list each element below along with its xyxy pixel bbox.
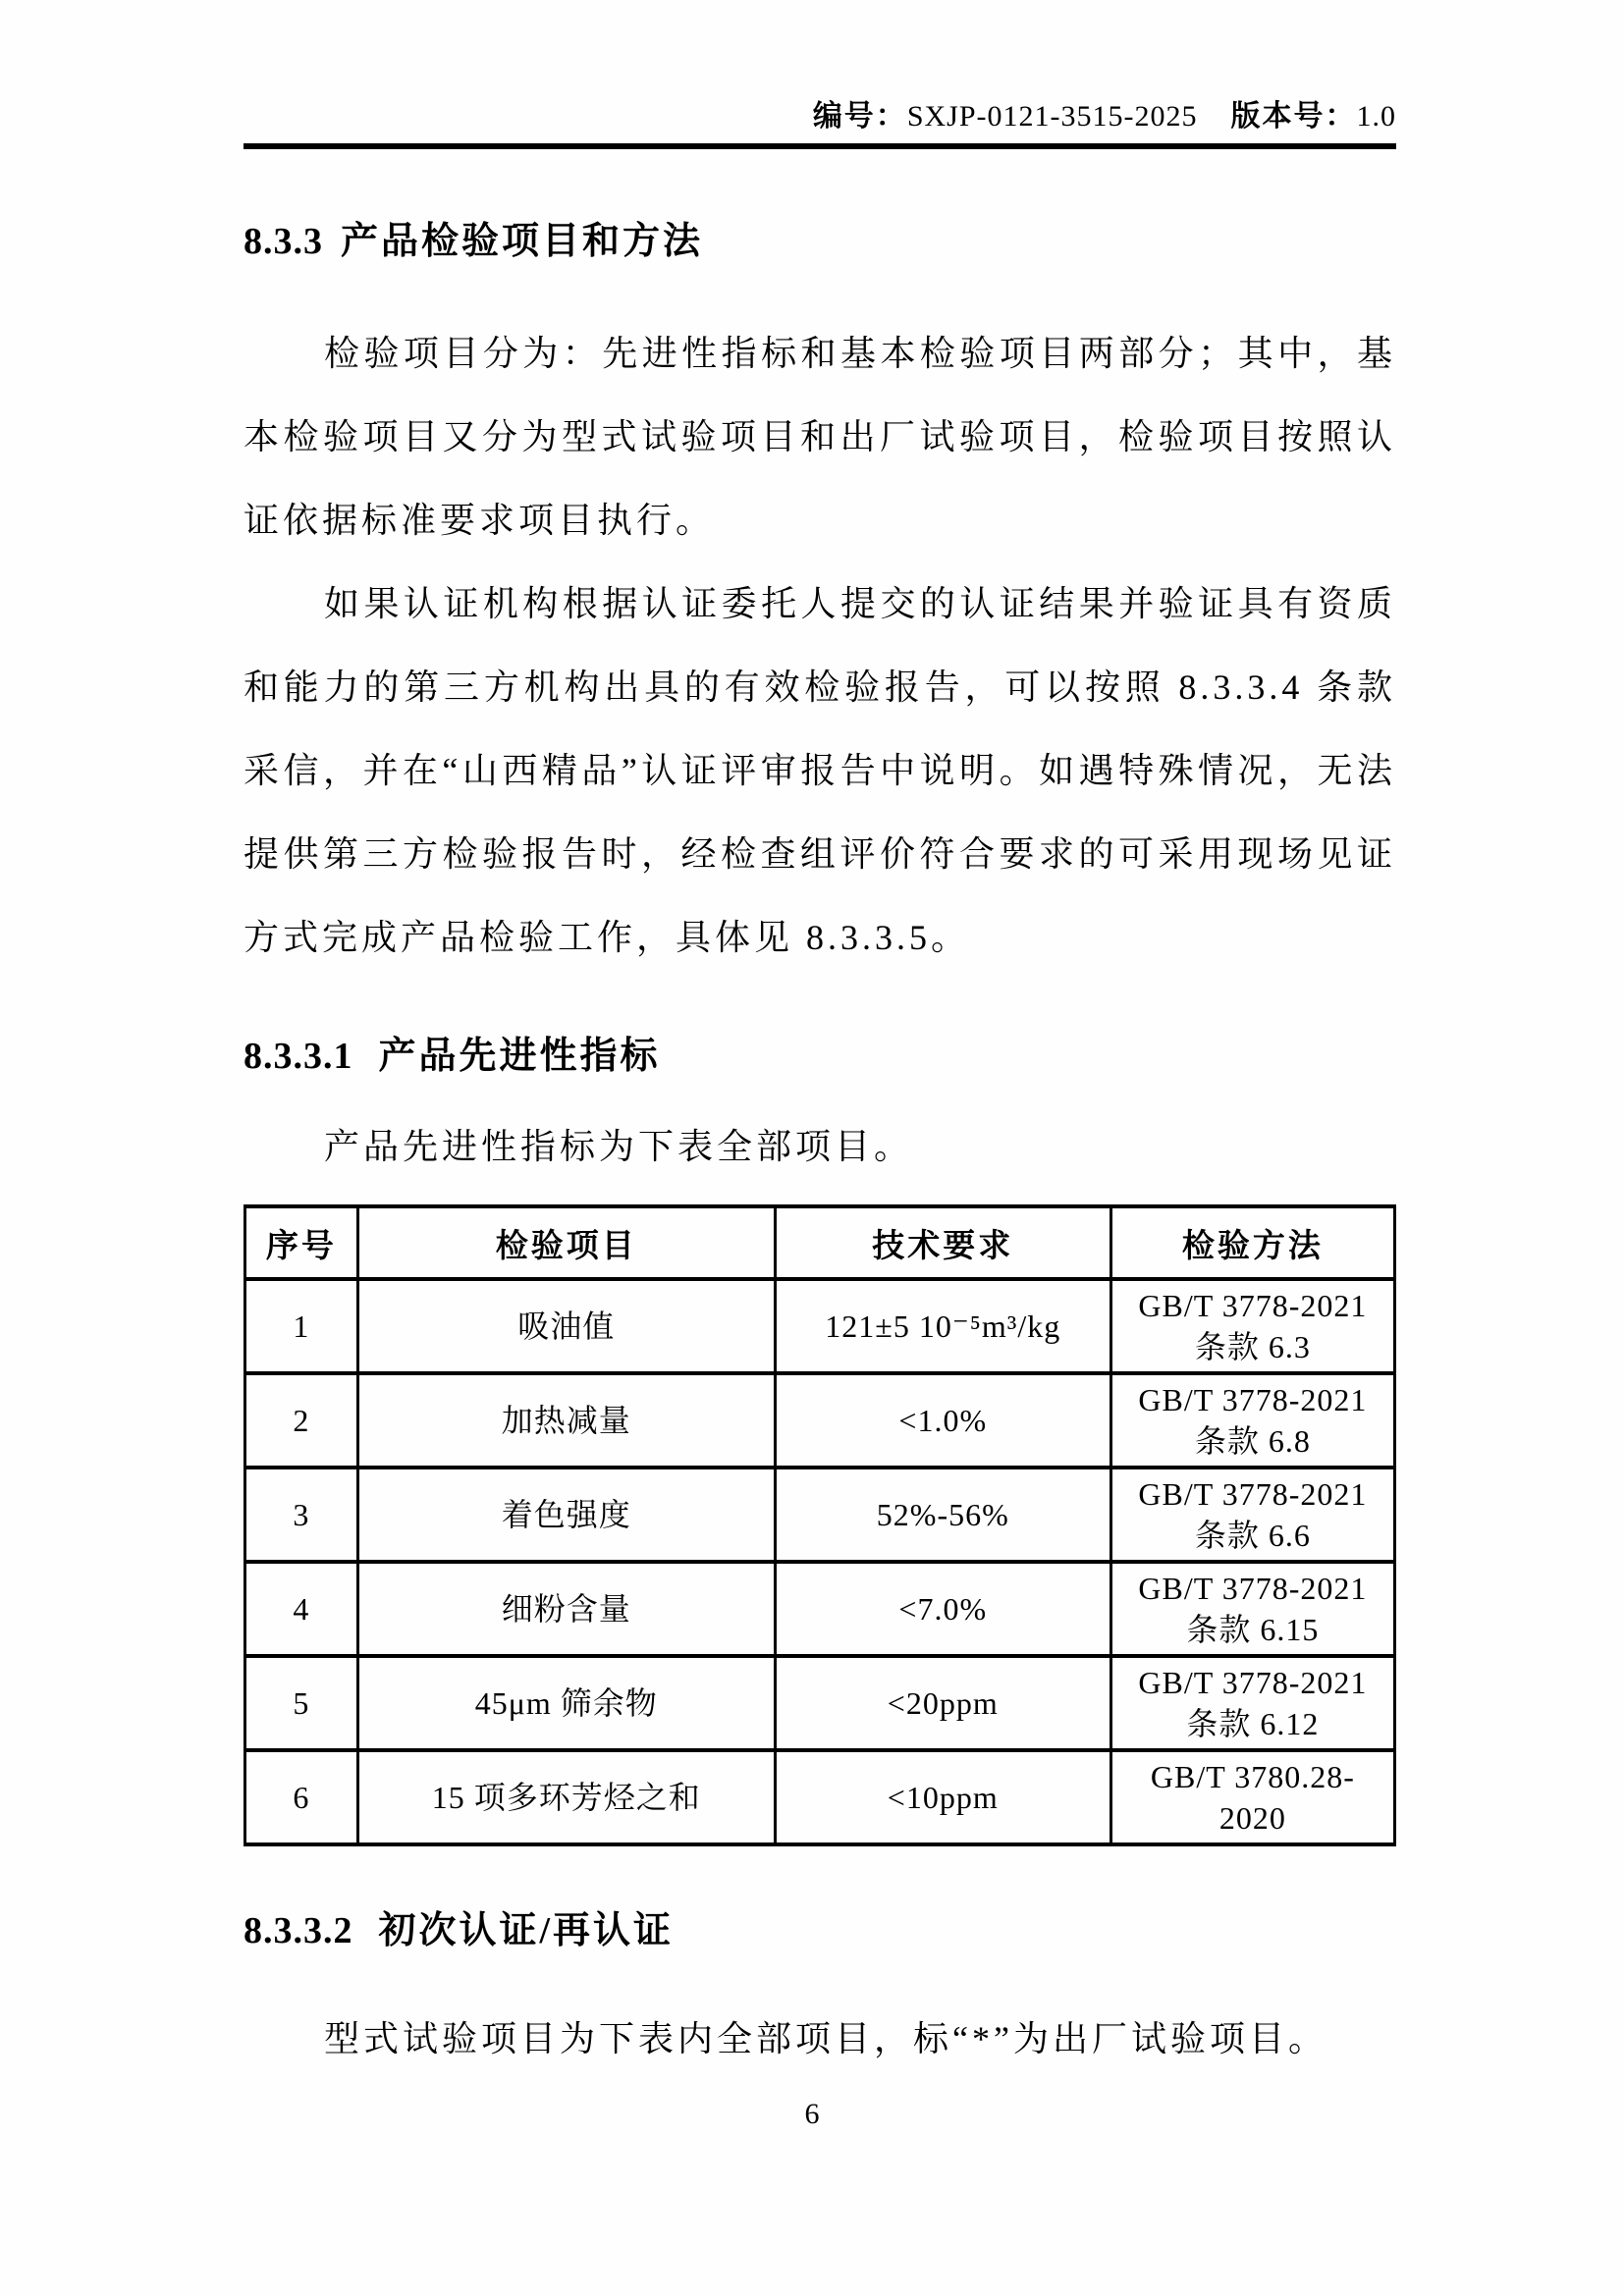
method-standard: GB/T 3778-2021 <box>1118 1473 1387 1515</box>
doc-version-label: 版本号： <box>1231 100 1357 133</box>
section-number: 8.3.3.2 <box>244 1910 353 1951</box>
cell-method: GB/T 3778-2021条款 6.6 <box>1110 1468 1394 1562</box>
method-standard: GB/T 3778-2021 <box>1118 1662 1387 1703</box>
cell-method: GB/T 3778-2021条款 6.3 <box>1110 1279 1394 1373</box>
method-standard: GB/T 3778-2021 <box>1118 1568 1387 1609</box>
method-standard: GB/T 3778-2021 <box>1118 1285 1387 1326</box>
cell-serial: 6 <box>245 1750 358 1844</box>
section-title: 初次认证/再认证 <box>379 1910 675 1951</box>
cell-serial: 4 <box>245 1562 358 1656</box>
column-header-item: 检验项目 <box>357 1206 775 1279</box>
section-heading-8331: 8.3.3.1产品先进性指标 <box>244 1033 1396 1080</box>
document-page: 编号：SXJP-0121-3515-2025版本号：1.0 8.3.3产品检验项… <box>0 0 1624 2296</box>
method-clause: 条款 6.12 <box>1118 1703 1387 1744</box>
cell-item: 吸油值 <box>357 1279 775 1373</box>
cell-method: GB/T 3780.28-2020 <box>1110 1750 1394 1844</box>
section-number: 8.3.3.1 <box>244 1036 353 1077</box>
table-row: 6 15 项多环芳烃之和 <10ppm GB/T 3780.28-2020 <box>245 1750 1395 1844</box>
method-standard: GB/T 3778-2021 <box>1118 1379 1387 1420</box>
table-row: 4 细粉含量 <7.0% GB/T 3778-2021条款 6.15 <box>245 1562 1395 1656</box>
table-row: 5 45μm 筛余物 <20ppm GB/T 3778-2021条款 6.12 <box>245 1656 1395 1750</box>
method-clause: 2020 <box>1118 1797 1387 1839</box>
cell-requirement: <1.0% <box>775 1373 1110 1468</box>
method-clause: 条款 6.15 <box>1118 1609 1387 1650</box>
cell-requirement: 52%-56% <box>775 1468 1110 1562</box>
column-header-requirement: 技术要求 <box>775 1206 1110 1279</box>
section-heading-8332: 8.3.3.2初次认证/再认证 <box>244 1907 1396 1954</box>
method-clause: 条款 6.8 <box>1118 1420 1387 1462</box>
paragraph-inspection-items: 检验项目分为：先进性指标和基本检验项目两部分；其中，基本检验项目又分为型式试验项… <box>244 312 1396 562</box>
paragraph-table-lead: 产品先进性指标为下表全部项目。 <box>244 1105 1396 1189</box>
cell-serial: 3 <box>245 1468 358 1562</box>
cell-serial: 1 <box>245 1279 358 1373</box>
doc-code-value: SXJP-0121-3515-2025 <box>907 100 1198 133</box>
cell-method: GB/T 3778-2021条款 6.15 <box>1110 1562 1394 1656</box>
table-header-row: 序号 检验项目 技术要求 检验方法 <box>245 1206 1395 1279</box>
cell-item: 15 项多环芳烃之和 <box>357 1750 775 1844</box>
cell-item: 细粉含量 <box>357 1562 775 1656</box>
document-content: 编号：SXJP-0121-3515-2025版本号：1.0 8.3.3产品检验项… <box>244 0 1396 2081</box>
table-row: 2 加热减量 <1.0% GB/T 3778-2021条款 6.8 <box>245 1373 1395 1468</box>
cell-requirement: <20ppm <box>775 1656 1110 1750</box>
header-divider-line <box>244 143 1396 149</box>
cell-item: 加热减量 <box>357 1373 775 1468</box>
method-clause: 条款 6.6 <box>1118 1515 1387 1556</box>
cell-item: 着色强度 <box>357 1468 775 1562</box>
advancement-indicators-table: 序号 检验项目 技术要求 检验方法 1 吸油值 121±5 10⁻⁵m³/kg … <box>244 1204 1396 1846</box>
cell-requirement: <7.0% <box>775 1562 1110 1656</box>
cell-method: GB/T 3778-2021条款 6.8 <box>1110 1373 1394 1468</box>
doc-version-value: 1.0 <box>1357 100 1397 133</box>
document-header: 编号：SXJP-0121-3515-2025版本号：1.0 <box>244 98 1396 135</box>
doc-code-label: 编号： <box>813 100 907 133</box>
cell-item: 45μm 筛余物 <box>357 1656 775 1750</box>
method-clause: 条款 6.3 <box>1118 1326 1387 1367</box>
column-header-method: 检验方法 <box>1110 1206 1394 1279</box>
paragraph-type-test-lead: 型式试验项目为下表内全部项目，标“*”为出厂试验项目。 <box>244 1998 1396 2081</box>
section-heading-833: 8.3.3产品检验项目和方法 <box>244 218 1396 265</box>
section-title: 产品检验项目和方法 <box>341 221 703 262</box>
column-header-serial: 序号 <box>245 1206 358 1279</box>
section-number: 8.3.3 <box>244 221 323 262</box>
page-number: 6 <box>0 2098 1624 2131</box>
cell-requirement: <10ppm <box>775 1750 1110 1844</box>
cell-serial: 5 <box>245 1656 358 1750</box>
method-standard: GB/T 3780.28- <box>1118 1756 1387 1797</box>
table-row: 3 着色强度 52%-56% GB/T 3778-2021条款 6.6 <box>245 1468 1395 1562</box>
cell-serial: 2 <box>245 1373 358 1468</box>
paragraph-certification-body: 如果认证机构根据认证委托人提交的认证结果并验证具有资质和能力的第三方机构出具的有… <box>244 562 1396 980</box>
cell-method: GB/T 3778-2021条款 6.12 <box>1110 1656 1394 1750</box>
cell-requirement: 121±5 10⁻⁵m³/kg <box>775 1279 1110 1373</box>
table-row: 1 吸油值 121±5 10⁻⁵m³/kg GB/T 3778-2021条款 6… <box>245 1279 1395 1373</box>
section-title: 产品先进性指标 <box>379 1036 661 1077</box>
